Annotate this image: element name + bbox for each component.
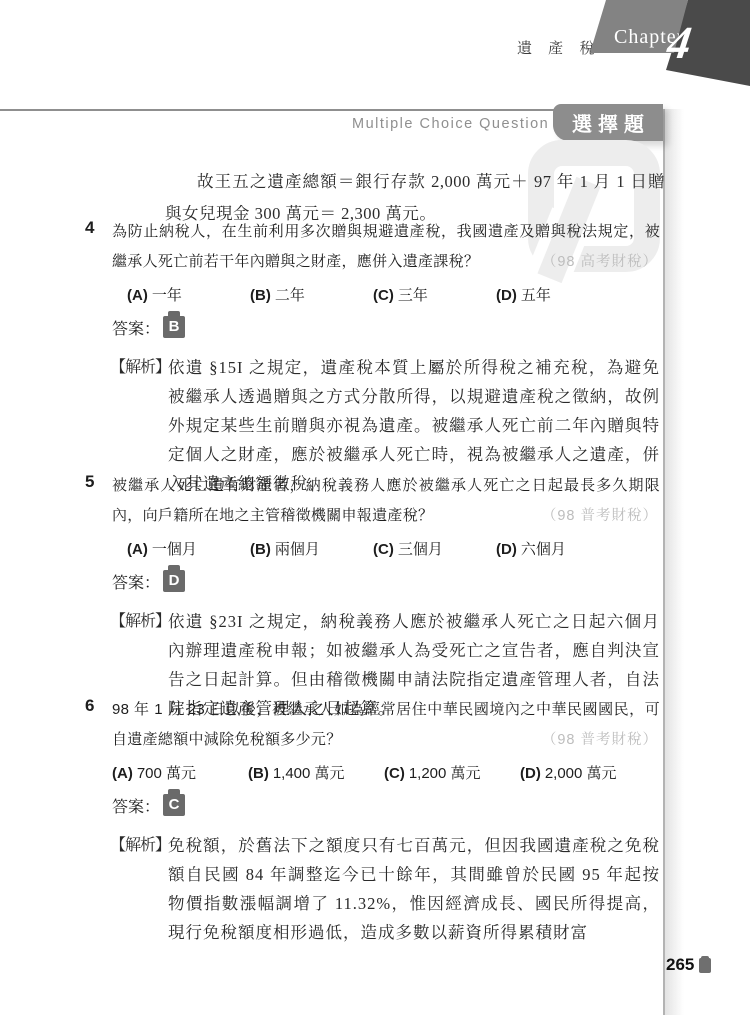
answer-row: 答案： B bbox=[112, 314, 663, 340]
option-d: (D)六個月 bbox=[496, 538, 619, 559]
question-number: 5 bbox=[85, 472, 94, 492]
option-b: (B)二年 bbox=[250, 284, 373, 305]
exam-source-tag: （98 高考財稅） bbox=[542, 247, 658, 277]
explanation: 【解析】 免稅額，於舊法下之額度只有七百萬元，但因我國遺產稅之免稅額自民國 84… bbox=[0, 831, 663, 947]
options-row: (A)700 萬元 (B)1,400 萬元 (C)1,200 萬元 (D)2,0… bbox=[112, 762, 663, 783]
option-a: (A)一個月 bbox=[127, 538, 250, 559]
option-label: (B) bbox=[250, 287, 271, 304]
option-c: (C)1,200 萬元 bbox=[384, 762, 520, 783]
option-text: 700 萬元 bbox=[137, 765, 196, 782]
option-label: (D) bbox=[520, 765, 541, 782]
answer-badge: C bbox=[163, 794, 185, 816]
option-text: 二年 bbox=[275, 287, 305, 304]
answer-row: 答案： C bbox=[112, 792, 663, 818]
option-b: (B)1,400 萬元 bbox=[248, 762, 384, 783]
option-label: (C) bbox=[373, 541, 394, 558]
option-text: 一年 bbox=[152, 287, 182, 304]
option-label: (C) bbox=[373, 287, 394, 304]
question-text: 為防止納稅人，在生前利用多次贈與規避遺產稅，我國遺產及贈與稅法規定，被繼承人死亡… bbox=[112, 217, 660, 277]
option-text: 2,000 萬元 bbox=[545, 765, 617, 782]
question-5: 5 被繼承人死亡遺有財產者，納稅義務人應於被繼承人死亡之日起最長多久期限內，向戶… bbox=[0, 471, 663, 723]
option-label: (A) bbox=[127, 287, 148, 304]
option-a: (A)一年 bbox=[127, 284, 250, 305]
question-text: 98 年 1 月 23 日以後，被繼承人如為經常居住中華民國境內之中華民國國民，… bbox=[112, 695, 660, 755]
answer-row: 答案： D bbox=[112, 568, 663, 594]
option-label: (B) bbox=[248, 765, 269, 782]
exam-source-tag: （98 普考財稅） bbox=[542, 725, 658, 755]
section-banner-label: 選擇題 bbox=[572, 108, 650, 137]
question-number: 6 bbox=[85, 696, 94, 716]
section-subtitle-en: Multiple Choice Question bbox=[352, 116, 549, 132]
question-text: 被繼承人死亡遺有財產者，納稅義務人應於被繼承人死亡之日起最長多久期限內，向戶籍所… bbox=[112, 471, 660, 531]
question-6: 6 98 年 1 月 23 日以後，被繼承人如為經常居住中華民國境內之中華民國國… bbox=[0, 695, 663, 947]
option-label: (A) bbox=[112, 765, 133, 782]
page-number-value: 265 bbox=[666, 955, 694, 975]
page-edge-rule bbox=[663, 109, 665, 1015]
answer-label: 答案： bbox=[112, 316, 160, 339]
page-number-icon bbox=[699, 958, 711, 973]
answer-label: 答案： bbox=[112, 570, 160, 593]
option-text: 六個月 bbox=[521, 541, 566, 558]
option-label: (D) bbox=[496, 287, 517, 304]
explanation-label: 【解析】 bbox=[110, 607, 170, 636]
option-b: (B)兩個月 bbox=[250, 538, 373, 559]
option-label: (A) bbox=[127, 541, 148, 558]
question-4: 4 為防止納稅人，在生前利用多次贈與規避遺產稅，我國遺產及贈與稅法規定，被繼承人… bbox=[0, 217, 663, 498]
option-c: (C)三個月 bbox=[373, 538, 496, 559]
option-text: 兩個月 bbox=[275, 541, 320, 558]
options-row: (A)一年 (B)二年 (C)三年 (D)五年 bbox=[127, 284, 663, 305]
option-d: (D)2,000 萬元 bbox=[520, 762, 656, 783]
option-text: 三年 bbox=[398, 287, 428, 304]
option-text: 一個月 bbox=[152, 541, 197, 558]
page-number: 265 bbox=[666, 955, 711, 975]
exam-source-tag: （98 普考財稅） bbox=[542, 501, 658, 531]
explanation-label: 【解析】 bbox=[110, 353, 170, 382]
question-number: 4 bbox=[85, 218, 94, 238]
section-title: 遺 產 稅 bbox=[517, 37, 600, 58]
option-c: (C)三年 bbox=[373, 284, 496, 305]
option-label: (B) bbox=[250, 541, 271, 558]
option-a: (A)700 萬元 bbox=[112, 762, 248, 783]
answer-badge: B bbox=[163, 316, 185, 338]
option-text: 五年 bbox=[521, 287, 551, 304]
option-text: 1,400 萬元 bbox=[273, 765, 345, 782]
answer-label: 答案： bbox=[112, 794, 160, 817]
section-banner: 選擇題 bbox=[553, 104, 663, 141]
page-edge-shadow bbox=[665, 109, 687, 1015]
option-text: 1,200 萬元 bbox=[409, 765, 481, 782]
option-label: (D) bbox=[496, 541, 517, 558]
options-row: (A)一個月 (B)兩個月 (C)三個月 (D)六個月 bbox=[127, 538, 663, 559]
option-d: (D)五年 bbox=[496, 284, 619, 305]
option-label: (C) bbox=[384, 765, 405, 782]
explanation-label: 【解析】 bbox=[110, 831, 170, 860]
explanation-text: 免稅額，於舊法下之額度只有七百萬元，但因我國遺產稅之免稅額自民國 84 年調整迄… bbox=[168, 831, 660, 947]
answer-badge: D bbox=[163, 570, 185, 592]
option-text: 三個月 bbox=[398, 541, 443, 558]
